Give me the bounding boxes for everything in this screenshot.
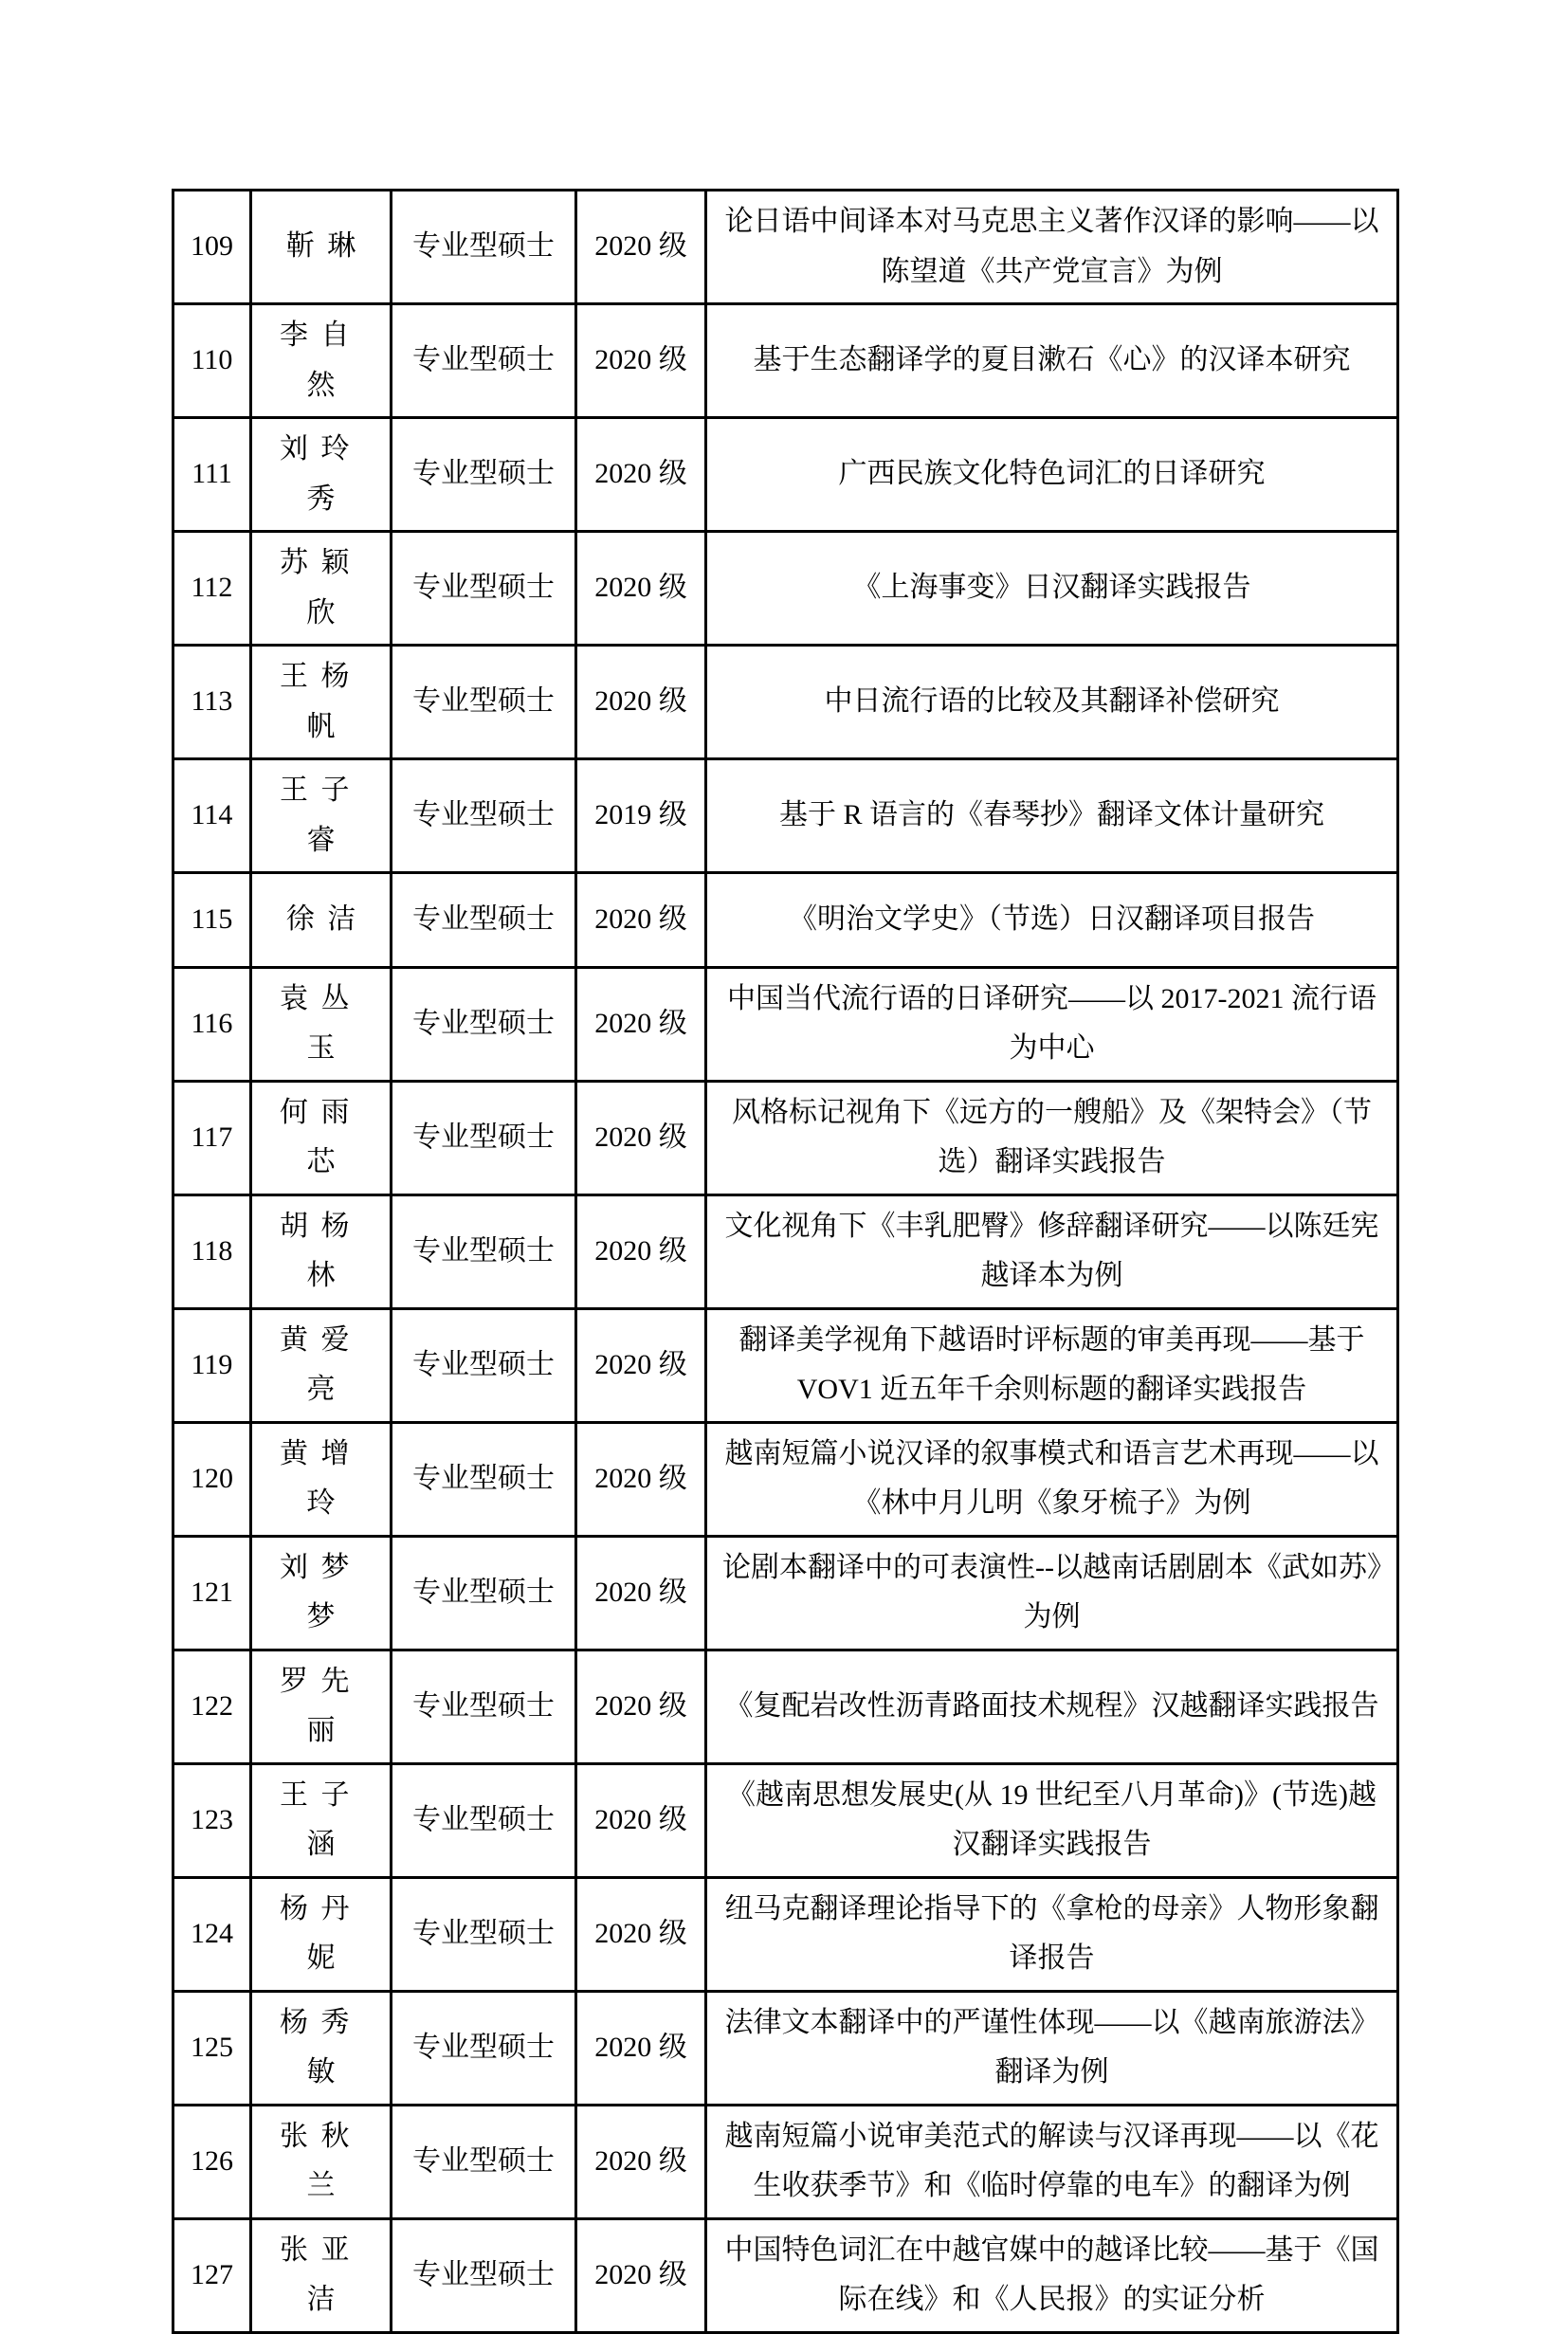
grade: 2020 级 (576, 418, 706, 532)
degree-type: 专业型硕士 (392, 1536, 576, 1650)
thesis-title: 《复配岩改性沥青路面技术规程》汉越翻译实践报告 (706, 1650, 1398, 1763)
row-index: 127 (173, 2218, 251, 2332)
table-row: 113 王杨帆 专业型硕士 2020 级 中日流行语的比较及其翻译补偿研究 (173, 646, 1398, 759)
student-name: 王杨帆 (251, 646, 392, 759)
table-row: 116 袁丛玉 专业型硕士 2020 级 中国当代流行语的日译研究——以 201… (173, 967, 1398, 1081)
table-row: 118 胡杨林 专业型硕士 2020 级 文化视角下《丰乳肥臀》修辞翻译研究——… (173, 1194, 1398, 1308)
grade: 2020 级 (576, 532, 706, 646)
table-row: 121 刘梦梦 专业型硕士 2020 级 论剧本翻译中的可表演性--以越南话剧剧… (173, 1536, 1398, 1650)
grade: 2020 级 (576, 304, 706, 418)
thesis-title: 基于生态翻译学的夏目漱石《心》的汉译本研究 (706, 304, 1398, 418)
thesis-title: 中日流行语的比较及其翻译补偿研究 (706, 646, 1398, 759)
student-name: 王子睿 (251, 759, 392, 873)
grade: 2020 级 (576, 967, 706, 1081)
grade: 2020 级 (576, 1081, 706, 1194)
row-index: 110 (173, 304, 251, 418)
thesis-title: 中国特色词汇在中越官媒中的越译比较——基于《国际在线》和《人民报》的实证分析 (706, 2218, 1398, 2332)
degree-type: 专业型硕士 (392, 2105, 576, 2218)
table-row: 112 苏颖欣 专业型硕士 2020 级 《上海事变》日汉翻译实践报告 (173, 532, 1398, 646)
thesis-title: 中国当代流行语的日译研究——以 2017-2021 流行语为中心 (706, 967, 1398, 1081)
grade: 2020 级 (576, 873, 706, 968)
row-index: 118 (173, 1194, 251, 1308)
thesis-title: 论日语中间译本对马克思主义著作汉译的影响——以陈望道《共产党宣言》为例 (706, 191, 1398, 304)
degree-type: 专业型硕士 (392, 1194, 576, 1308)
student-name: 刘玲秀 (251, 418, 392, 532)
row-index: 123 (173, 1763, 251, 1877)
thesis-title: 论剧本翻译中的可表演性--以越南话剧剧本《武如苏》为例 (706, 1536, 1398, 1650)
degree-type: 专业型硕士 (392, 646, 576, 759)
degree-type: 专业型硕士 (392, 1877, 576, 1991)
student-name: 杨丹妮 (251, 1877, 392, 1991)
row-index: 115 (173, 873, 251, 968)
grade: 2020 级 (576, 1763, 706, 1877)
degree-type: 专业型硕士 (392, 2218, 576, 2332)
row-index: 116 (173, 967, 251, 1081)
table-row: 111 刘玲秀 专业型硕士 2020 级 广西民族文化特色词汇的日译研究 (173, 418, 1398, 532)
table-row: 120 黄增玲 专业型硕士 2020 级 越南短篇小说汉译的叙事模式和语言艺术再… (173, 1422, 1398, 1536)
degree-type: 专业型硕士 (392, 1650, 576, 1763)
table-row: 123 王子涵 专业型硕士 2020 级 《越南思想发展史(从 19 世纪至八月… (173, 1763, 1398, 1877)
grade: 2020 级 (576, 2218, 706, 2332)
student-name: 王子涵 (251, 1763, 392, 1877)
degree-type: 专业型硕士 (392, 191, 576, 304)
table-row: 127 张亚洁 专业型硕士 2020 级 中国特色词汇在中越官媒中的越译比较——… (173, 2218, 1398, 2332)
row-index: 109 (173, 191, 251, 304)
student-name: 刘梦梦 (251, 1536, 392, 1650)
table-row: 110 李自然 专业型硕士 2020 级 基于生态翻译学的夏目漱石《心》的汉译本… (173, 304, 1398, 418)
degree-type: 专业型硕士 (392, 532, 576, 646)
table-row: 115 徐洁 专业型硕士 2020 级 《明治文学史》（节选）日汉翻译项目报告 (173, 873, 1398, 968)
thesis-title: 文化视角下《丰乳肥臀》修辞翻译研究——以陈廷宪越译本为例 (706, 1194, 1398, 1308)
table-row: 117 何雨芯 专业型硕士 2020 级 风格标记视角下《远方的一艘船》及《架特… (173, 1081, 1398, 1194)
student-name: 张秋兰 (251, 2105, 392, 2218)
degree-type: 专业型硕士 (392, 418, 576, 532)
student-name: 苏颖欣 (251, 532, 392, 646)
degree-type: 专业型硕士 (392, 873, 576, 968)
table-row: 124 杨丹妮 专业型硕士 2020 级 纽马克翻译理论指导下的《拿枪的母亲》人… (173, 1877, 1398, 1991)
student-name: 黄爱亮 (251, 1308, 392, 1422)
student-name: 杨秀敏 (251, 1991, 392, 2105)
student-name: 李自然 (251, 304, 392, 418)
degree-type: 专业型硕士 (392, 1081, 576, 1194)
student-name: 靳琳 (251, 191, 392, 304)
thesis-title: 纽马克翻译理论指导下的《拿枪的母亲》人物形象翻译报告 (706, 1877, 1398, 1991)
grade: 2020 级 (576, 1422, 706, 1536)
grade: 2019 级 (576, 759, 706, 873)
student-name: 何雨芯 (251, 1081, 392, 1194)
row-index: 120 (173, 1422, 251, 1536)
row-index: 121 (173, 1536, 251, 1650)
grade: 2020 级 (576, 646, 706, 759)
grade: 2020 级 (576, 1877, 706, 1991)
student-name: 徐洁 (251, 873, 392, 968)
degree-type: 专业型硕士 (392, 1991, 576, 2105)
table-row: 126 张秋兰 专业型硕士 2020 级 越南短篇小说审美范式的解读与汉译再现—… (173, 2105, 1398, 2218)
thesis-title: 广西民族文化特色词汇的日译研究 (706, 418, 1398, 532)
row-index: 125 (173, 1991, 251, 2105)
row-index: 111 (173, 418, 251, 532)
thesis-title: 风格标记视角下《远方的一艘船》及《架特会》（节选）翻译实践报告 (706, 1081, 1398, 1194)
row-index: 119 (173, 1308, 251, 1422)
degree-type: 专业型硕士 (392, 1308, 576, 1422)
row-index: 124 (173, 1877, 251, 1991)
degree-type: 专业型硕士 (392, 759, 576, 873)
table-row: 125 杨秀敏 专业型硕士 2020 级 法律文本翻译中的严谨性体现——以《越南… (173, 1991, 1398, 2105)
table-row: 119 黄爱亮 专业型硕士 2020 级 翻译美学视角下越语时评标题的审美再现—… (173, 1308, 1398, 1422)
row-index: 114 (173, 759, 251, 873)
student-name: 张亚洁 (251, 2218, 392, 2332)
thesis-title: 基于 R 语言的《春琴抄》翻译文体计量研究 (706, 759, 1398, 873)
grade: 2020 级 (576, 191, 706, 304)
thesis-title: 《上海事变》日汉翻译实践报告 (706, 532, 1398, 646)
row-index: 112 (173, 532, 251, 646)
grade: 2020 级 (576, 1650, 706, 1763)
degree-type: 专业型硕士 (392, 304, 576, 418)
thesis-title: 翻译美学视角下越语时评标题的审美再现——基于 VOV1 近五年千余则标题的翻译实… (706, 1308, 1398, 1422)
degree-type: 专业型硕士 (392, 1422, 576, 1536)
grade: 2020 级 (576, 1194, 706, 1308)
student-name: 袁丛玉 (251, 967, 392, 1081)
table-row: 122 罗先丽 专业型硕士 2020 级 《复配岩改性沥青路面技术规程》汉越翻译… (173, 1650, 1398, 1763)
grade: 2020 级 (576, 1991, 706, 2105)
thesis-title: 法律文本翻译中的严谨性体现——以《越南旅游法》翻译为例 (706, 1991, 1398, 2105)
table-row: 109 靳琳 专业型硕士 2020 级 论日语中间译本对马克思主义著作汉译的影响… (173, 191, 1398, 304)
student-name: 胡杨林 (251, 1194, 392, 1308)
thesis-title: 越南短篇小说汉译的叙事模式和语言艺术再现——以《林中月儿明《象牙梳子》为例 (706, 1422, 1398, 1536)
thesis-title: 《越南思想发展史(从 19 世纪至八月革命)》(节选)越汉翻译实践报告 (706, 1763, 1398, 1877)
grade: 2020 级 (576, 2105, 706, 2218)
row-index: 113 (173, 646, 251, 759)
thesis-title: 《明治文学史》（节选）日汉翻译项目报告 (706, 873, 1398, 968)
row-index: 122 (173, 1650, 251, 1763)
grade: 2020 级 (576, 1308, 706, 1422)
thesis-title: 越南短篇小说审美范式的解读与汉译再现——以《花生收获季节》和《临时停靠的电车》的… (706, 2105, 1398, 2218)
degree-type: 专业型硕士 (392, 1763, 576, 1877)
student-name: 罗先丽 (251, 1650, 392, 1763)
grade: 2020 级 (576, 1536, 706, 1650)
row-index: 117 (173, 1081, 251, 1194)
table-row: 114 王子睿 专业型硕士 2019 级 基于 R 语言的《春琴抄》翻译文体计量… (173, 759, 1398, 873)
student-name: 黄增玲 (251, 1422, 392, 1536)
degree-type: 专业型硕士 (392, 967, 576, 1081)
row-index: 126 (173, 2105, 251, 2218)
thesis-list-table: 109 靳琳 专业型硕士 2020 级 论日语中间译本对马克思主义著作汉译的影响… (172, 189, 1399, 2334)
